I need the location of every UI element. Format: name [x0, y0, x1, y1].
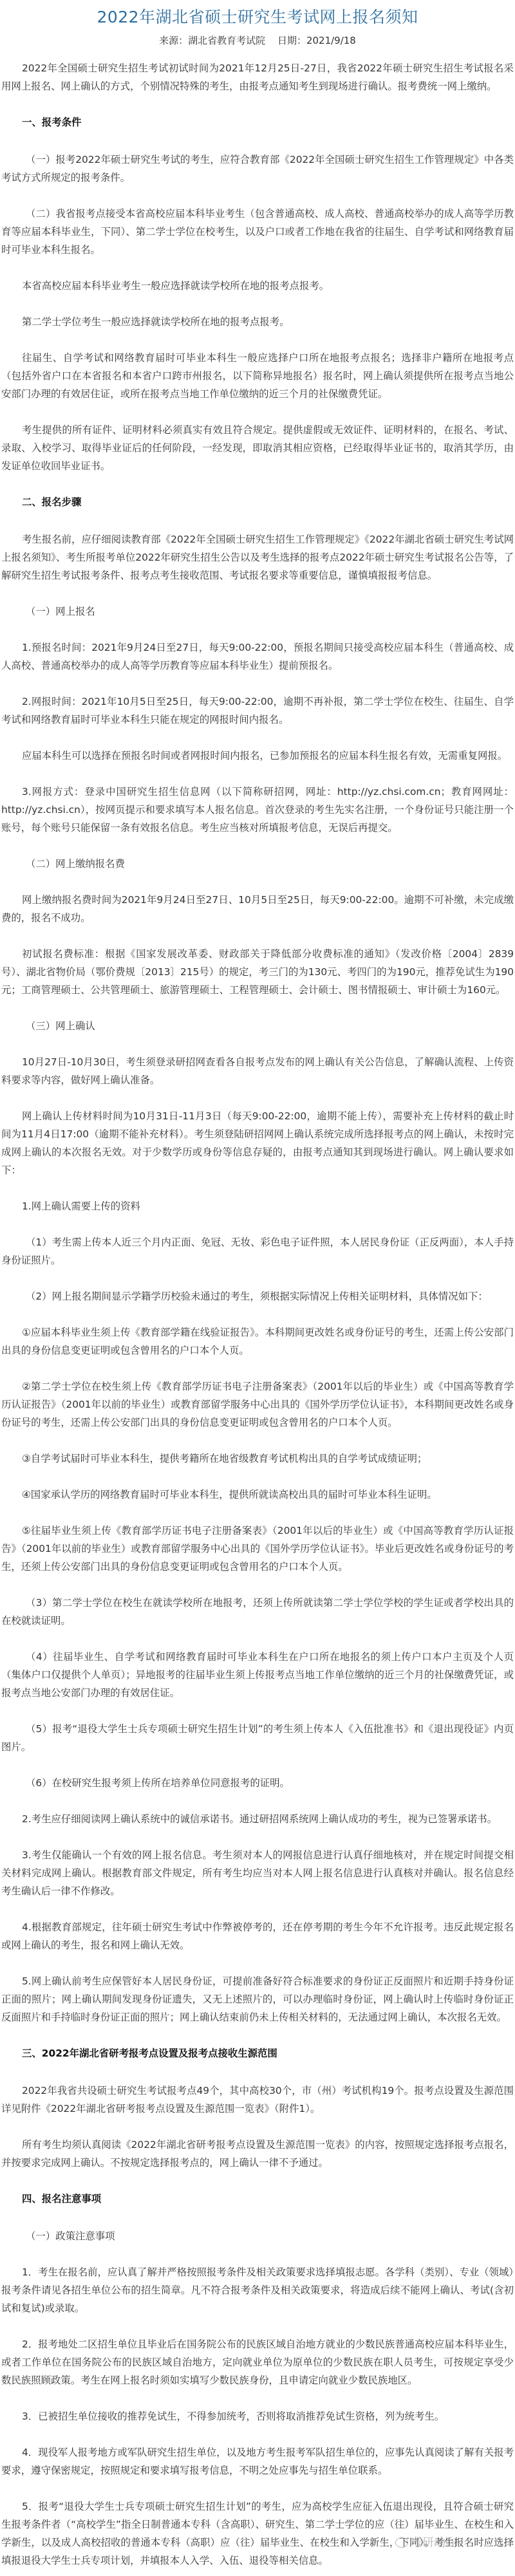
paragraph: 2．报考地处二区招生单位且毕业后在国务院公布的民族区域自治地方就业的少数民族普通…: [0, 2335, 515, 2389]
section-heading: 三、2022年湖北省研考报考点设置及报考点接收生源范围: [0, 2044, 515, 2062]
paragraph: ③自学考试届时可毕业本科生，提供考籍所在地省级教育考试机构出具的自学考试成绩证明…: [0, 1450, 515, 1468]
paragraph: 1.预报名时间：2021年9月24日至27日，每天9:00-22:00，预报名期…: [0, 639, 515, 675]
date-label: 日期：2021/9/18: [277, 35, 356, 46]
section-heading: 四、报名注意事项: [0, 2190, 515, 2208]
paragraph: ②第二学士学位在校生须上传《教育部学历证书电子注册备案表》（2001年以后的毕业…: [0, 1377, 515, 1432]
paragraph: （2）网上报名期间显示学籍学历校验未通过的考生，须根据实际情况上传相关证明材料，…: [0, 1287, 515, 1305]
paragraph: 5.网上确认前考生应保管好本人居民身份证，可提前准备好符合标准要求的身份证正反面…: [0, 1972, 515, 2026]
paragraph: 考生报名前，应仔细阅读教育部《2022年全国硕士研究生招生工作管理规定》《202…: [0, 530, 515, 584]
article-meta: 来源：湖北省教育考试院 日期：2021/9/18: [0, 33, 515, 48]
paragraph: 2022年我省共设硕士研究生考试报考点49个，其中高校30个，市（州）考试机构1…: [0, 2082, 515, 2118]
paragraph: 10月27日-10月30日，考生须登录研招网查看各自报考点发布的网上确认有关公告…: [0, 1053, 515, 1089]
paragraph: 应届本科生可以选择在预报名时间或者网报时间内报名，已参加预报名的应届本科生报名有…: [0, 747, 515, 765]
paragraph: ①应届本科毕业生须上传《教育部学籍在线验证报告》。本科期间更改姓名或身份证号的考…: [0, 1323, 515, 1359]
paragraph: 3.考生仅能确认一个有效的网上报名信息。考生须对本人的网报信息进行认真仔细地核对…: [0, 1846, 515, 1900]
paragraph: （3）第二学士学位在校生在就读学校所在地报考，还须上传所就读第二学士学位学校的学…: [0, 1594, 515, 1630]
paragraph: 4.根据教育部规定，往年硕士研究生考试中作弊被停考的，还在停考期的考生今年不允许…: [0, 1918, 515, 1954]
paragraph: 第二学士学位考生一般应选择就读学校所在地的报考点报考。: [0, 313, 515, 331]
paragraph: ⑤往届毕业生须上传《教育部学历证书电子注册备案表》（2001年以后的毕业生）或《…: [0, 1522, 515, 1576]
paragraph: （一）报考2022年硕士研究生考试的考生，应符合教育部《2022年全国硕士研究生…: [0, 151, 515, 187]
paragraph: 网上确认上传材料时间为10月31日-11月3日（每天9:00-22:00，逾期不…: [0, 1107, 515, 1179]
section-heading: 一、报考条件: [0, 113, 515, 131]
subsection-heading: （一）网上报名: [0, 602, 515, 621]
subsection-heading: （二）网上缴纳报名费: [0, 855, 515, 873]
paragraph: ④国家承认学历的网络教育届时可毕业本科生，提供所就读高校出具的届时可毕业本科生证…: [0, 1486, 515, 1504]
source-label: 来源：湖北省教育考试院: [159, 35, 265, 46]
paragraph: 4．现役军人报考地方或军队研究生招生单位，以及地方考生报考军队招生单位的，应事先…: [0, 2443, 515, 2479]
subsection-heading: （一）政策注意事项: [0, 2227, 515, 2245]
paragraph: 本省高校应届本科毕业考生一般应选择就读学校所在地的报考点报考。: [0, 277, 515, 295]
paragraph: 所有考生均须认真阅读《2022年湖北省研考报考点设置及生源范围一览表》的内容，按…: [0, 2136, 515, 2172]
paragraph: 考生提供的所有证件、证明材料必须真实有效且符合规定。提供虚假或无效证件、证明材料…: [0, 421, 515, 475]
paragraph: （6）在校研究生报考须上传所在培养单位同意报考的证明。: [0, 1774, 515, 1792]
paragraph: （4）往届毕业生、自学考试和网络教育届时可毕业本科生在户口所在地报名的须上传户口…: [0, 1648, 515, 1702]
paragraph: 1.网上确认需要上传的资料: [0, 1197, 515, 1215]
page-title: 2022年湖北省硕士研究生考试网上报名须知: [0, 6, 515, 28]
section-heading: 二、报名步骤: [0, 493, 515, 511]
paragraph: 3．已被招生单位接收的推荐免试生，不得参加统考，否则将取消推荐免试生资格，列为统…: [0, 2407, 515, 2425]
intro-paragraph: 2022年全国硕士研究生招生考试初试时间为2021年12月25日-27日，我省2…: [0, 59, 515, 95]
paragraph: 1．考生在报名前，应认真了解并严格按照报考条件及相关政策要求选择填报志愿。各学科…: [0, 2263, 515, 2317]
paragraph: 3.网报方式：登录中国研究生招生信息网（以下简称研招网，网址：http://yz…: [0, 783, 515, 837]
paragraph: （5）报考“退役大学生士兵专项硕士研究生招生计划”的考生须上传本人《入伍批准书》…: [0, 1720, 515, 1756]
paragraph: （1）考生需上传本人近三个月内正面、免冠、无妆、彩色电子证件照，本人居民身份证（…: [0, 1233, 515, 1269]
paragraph: （二）我省报考点接受本省高校应届本科毕业考生（包含普通高校、成人高校、普通高校举…: [0, 205, 515, 259]
paragraph: 网上缴纳报名费时间为2021年9月24日至27日、10月5日至25日，每天9:0…: [0, 891, 515, 927]
subsection-heading: （三）网上确认: [0, 1017, 515, 1035]
paragraph: 2.考生应仔细阅读网上确认系统中的诚信承诺书。通过研招网系统网上确认成功的考生，…: [0, 1810, 515, 1828]
paragraph: 往届生、自学考试和网络教育届时可毕业本科生一般应选择户口所在地报考点报名；选择非…: [0, 349, 515, 403]
paragraph: 5．报考“退役大学生士兵专项硕士研究生招生计划”的考生，应为高校学生应征入伍退出…: [0, 2497, 515, 2570]
paragraph: 2.网报时间：2021年10月5日至25日，每天9:00-22:00，逾期不再补…: [0, 693, 515, 729]
notice-document: 2022年湖北省硕士研究生考试网上报名须知 来源：湖北省教育考试院 日期：202…: [0, 6, 515, 2576]
paragraph: 初试报名费标准：根据《国家发展改革委、财政部关于降低部分收费标准的通知》（发改价…: [0, 945, 515, 999]
